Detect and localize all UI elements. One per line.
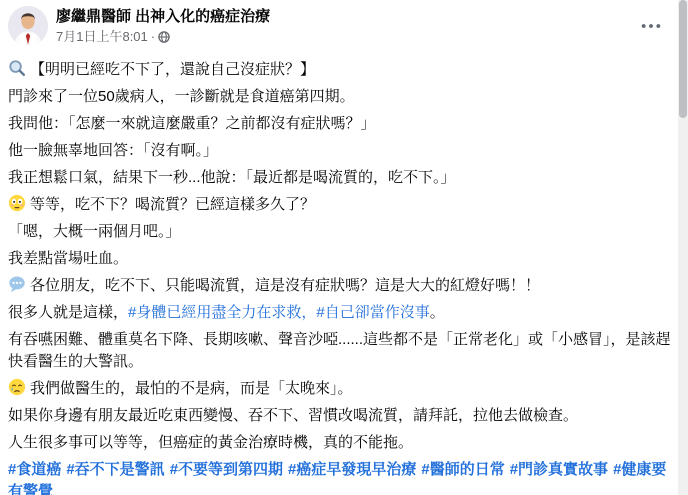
hashtag-link-body-rescue[interactable]: #身體已經用盡全力在求救	[128, 304, 301, 321]
magnifier-emoji	[8, 59, 26, 77]
hashtag-link-dont-wait-stage4[interactable]: #不要等到第四期	[170, 461, 283, 478]
paragraph-text: 很多人就是這樣，	[8, 304, 128, 321]
scrollbar-track[interactable]	[678, 0, 688, 495]
hashtag-link-doctor-daily[interactable]: #醫師的日常	[421, 461, 504, 478]
post-paragraph: 我正想鬆口氣，結果下一秒...他說：「最近都是喝流質的，吃不下。」	[8, 167, 672, 189]
paragraph-text: 。	[430, 304, 445, 321]
paragraph-text: 各位朋友，吃不下、只能喝流質，這是沒有症狀嗎？這是大大的紅燈好嗎！！	[30, 277, 540, 294]
paragraph-text: 門診來了一位50歲病人，一診斷就是食道癌第四期。	[8, 88, 355, 105]
author-name[interactable]: 廖繼鼎醫師 出神入化的癌症治療	[56, 7, 270, 27]
avatar[interactable]	[8, 6, 48, 46]
hashtag-link-clinic-true-story[interactable]: #門診真實故事	[510, 461, 608, 478]
sad-tear-face-emoji	[8, 378, 26, 396]
post-paragraph: 我問他：「怎麼一來就這麼嚴重？之前都沒有症狀嗎？」	[8, 113, 672, 135]
post-paragraph: 我們做醫生的，最怕的不是病，而是「太晚來」。	[8, 378, 672, 400]
hashtag-link-esophageal-cancer[interactable]: #食道癌	[8, 461, 61, 478]
paragraph-text: 如果你身邊有朋友最近吃東西變慢、吞不下、習慣改喝流質，請拜託，拉他去做檢查。	[8, 407, 578, 424]
paragraph-text: 人生很多事可以等等，但癌症的黃金治療時機，真的不能拖。	[8, 434, 413, 451]
post-paragraph: 門診來了一位50歲病人，一診斷就是食道癌第四期。	[8, 86, 672, 108]
hashtag-link-early-detection[interactable]: #癌症早發現早治療	[288, 461, 416, 478]
paragraph-text: 我正想鬆口氣，結果下一秒...他說：「最近都是喝流質的，吃不下。」	[8, 169, 456, 186]
post-paragraph: 如果你身邊有朋友最近吃東西變慢、吞不下、習慣改喝流質，請拜託，拉他去做檢查。	[8, 405, 672, 427]
globe-icon	[158, 31, 170, 43]
doctor-avatar-image	[8, 6, 48, 46]
hashtag-link-swallow-warning[interactable]: #吞不下是警訊	[66, 461, 164, 478]
paragraph-text: 我問他：「怎麼一來就這麼嚴重？之前都沒有症狀嗎？」	[8, 115, 376, 132]
paragraph-text: 他一臉無辜地回答：「沒有啊。」	[8, 142, 218, 159]
post-paragraph: 各位朋友，吃不下、只能喝流質，這是沒有症狀嗎？這是大大的紅燈好嗎！！	[8, 275, 672, 297]
paragraph-text: 「嗯，大概一兩個月吧。」	[8, 223, 181, 240]
post-paragraph: 等等，吃不下？喝流質？已經這樣多久了？	[8, 194, 672, 216]
post-paragraph: 【明明已經吃不下了，還說自己沒症狀？】	[8, 59, 672, 81]
timestamp[interactable]: 7月1日上午8:01	[56, 28, 148, 45]
speech-balloon-emoji	[8, 275, 26, 293]
more-options-button[interactable]	[636, 14, 666, 38]
flushed-face-emoji	[8, 194, 26, 212]
post-header: 廖繼鼎醫師 出神入化的癌症治療 7月1日上午8:01 ·	[8, 6, 672, 46]
header-meta: 廖繼鼎醫師 出神入化的癌症治療 7月1日上午8:01 ·	[56, 6, 270, 45]
post-subline: 7月1日上午8:01 ·	[56, 28, 270, 45]
ellipsis-icon	[640, 22, 662, 30]
post-paragraph: 很多人就是這樣，#身體已經用盡全力在求救，#自己卻當作沒事。	[8, 302, 672, 324]
timestamp-separator: ·	[151, 28, 155, 45]
footer-hashtags: #食道癌#吞不下是警訊#不要等到第四期#癌症早發現早治療#醫師的日常#門診真實故…	[8, 459, 672, 495]
paragraph-text: 我差點當場吐血。	[8, 250, 128, 267]
post-paragraph: 「嗯，大概一兩個月吧。」	[8, 221, 672, 243]
paragraph-text: 等等，吃不下？喝流質？已經這樣多久了？	[30, 196, 315, 213]
facebook-post-card: 廖繼鼎醫師 出神入化的癌症治療 7月1日上午8:01 ·	[0, 0, 688, 495]
scrollbar-thumb[interactable]	[679, 0, 687, 118]
paragraph-text: 【明明已經吃不下了，還說自己沒症狀？】	[30, 61, 315, 78]
hashtag-link-pretend-nothing[interactable]: #自己卻當作沒事	[316, 304, 429, 321]
post-paragraph: 有吞嚥困難、體重莫名下降、長期咳嗽、聲音沙啞......這些都不是「正常老化」或…	[8, 329, 672, 373]
hashtag-separator: ，	[301, 304, 316, 321]
paragraph-text: 有吞嚥困難、體重莫名下降、長期咳嗽、聲音沙啞......這些都不是「正常老化」或…	[8, 331, 671, 370]
post-paragraph: 人生很多事可以等等，但癌症的黃金治療時機，真的不能拖。	[8, 432, 672, 454]
post-paragraph: 他一臉無辜地回答：「沒有啊。」	[8, 140, 672, 162]
post-paragraph: 我差點當場吐血。	[8, 248, 672, 270]
post-body: 【明明已經吃不下了，還說自己沒症狀？】 門診來了一位50歲病人，一診斷就是食道癌…	[8, 59, 672, 495]
paragraph-text: 我們做醫生的，最怕的不是病，而是「太晚來」。	[30, 380, 353, 397]
